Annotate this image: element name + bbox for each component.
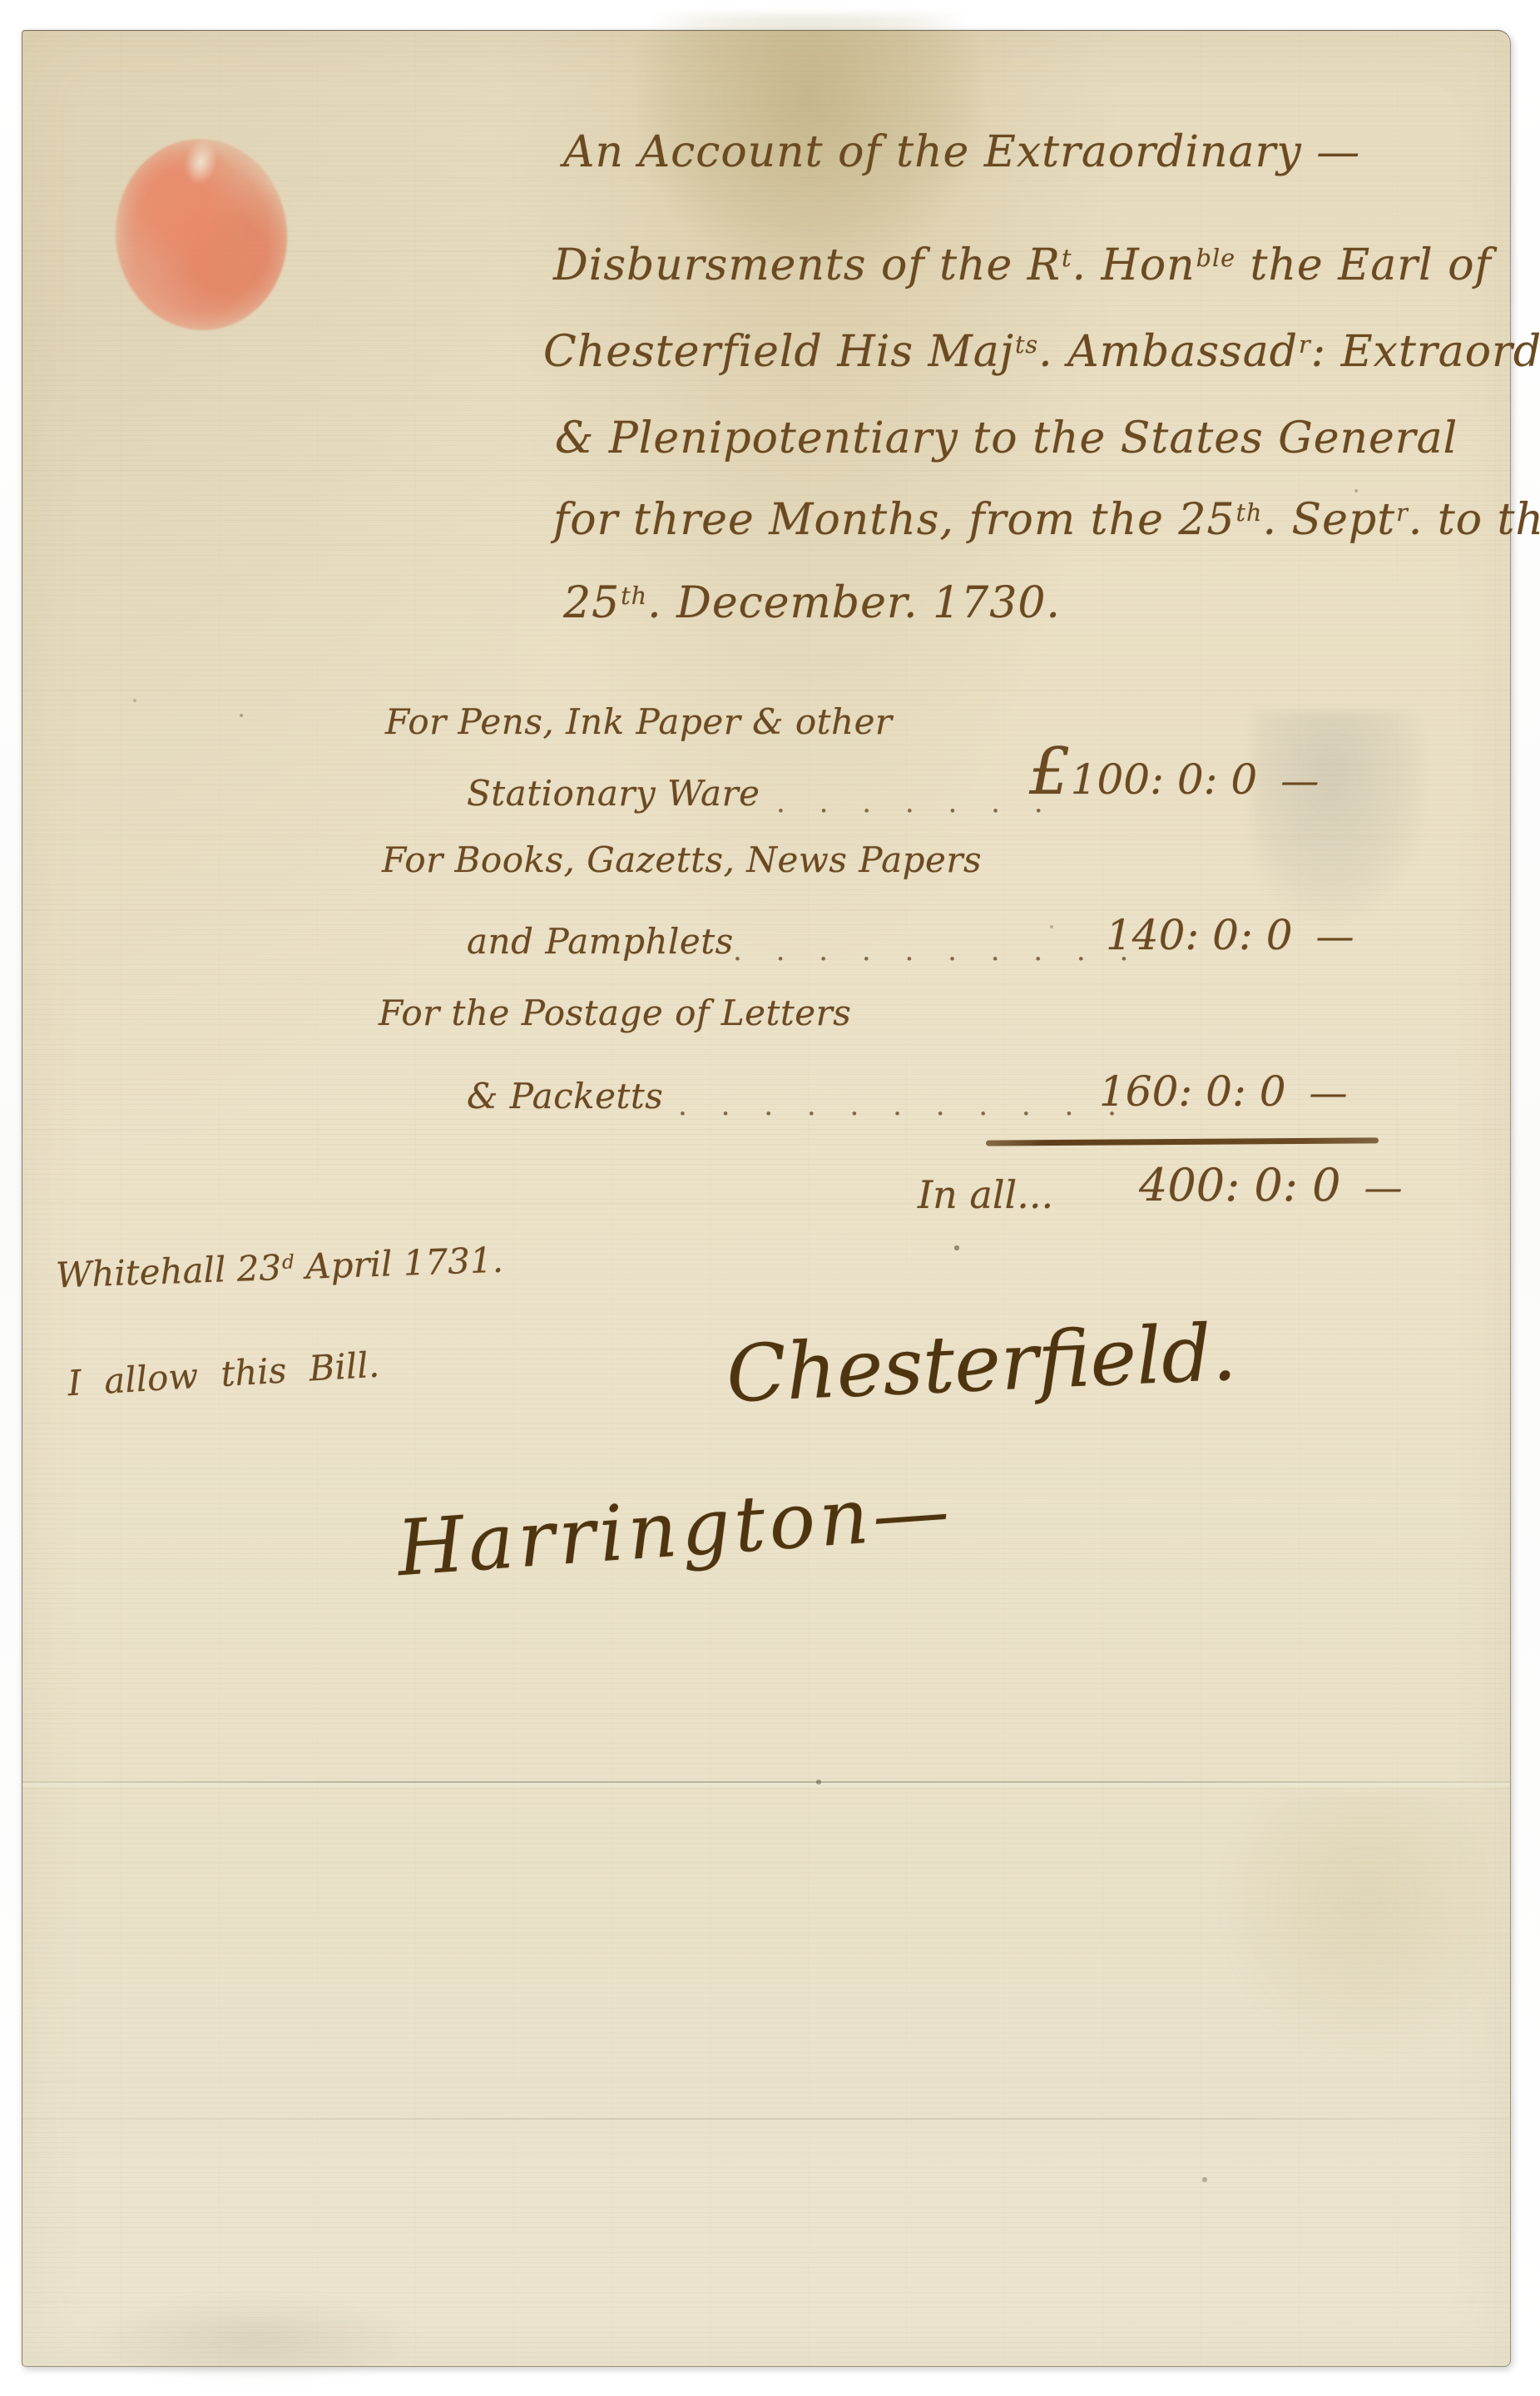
superscript-text: th [1236, 498, 1263, 527]
superscript-text: r [1299, 330, 1311, 359]
heading-line-2: Disbursments of the Rt. Honble the Earl … [553, 240, 1492, 290]
amount-dash: — [1316, 913, 1354, 958]
signature-harrington-name: Harrington [394, 1472, 875, 1594]
foxing-stain [1221, 1795, 1487, 2061]
amount-value: 400: 0: 0 [1139, 1159, 1341, 1211]
text-segment: . Sept [1262, 495, 1395, 545]
text-segment: Whitehall 23 [55, 1247, 282, 1295]
manuscript-page: An Account of the Extraordinary — Disbur… [22, 30, 1511, 2367]
superscript-text: th [621, 582, 647, 610]
expense-item-3-line-1: For the Postage of Letters [379, 993, 851, 1033]
text-segment: . December. 1730. [647, 578, 1061, 628]
amount-value: 160: 0: 0 [1099, 1067, 1286, 1116]
amount-dash: — [1364, 1165, 1403, 1210]
expense-item-1-line-2: Stationary Ware [467, 773, 760, 814]
amount-value: 140: 0: 0 [1106, 911, 1293, 959]
superscript-text: d [282, 1252, 295, 1275]
dotted-leader-1: . . . . . . . [776, 786, 1056, 819]
expense-item-3-amount: 160: 0: 0— [1099, 1067, 1348, 1116]
pound-sign: £ [1029, 735, 1071, 809]
text-segment: for three Months, from the 25 [553, 495, 1235, 545]
approval-line: I allow this Bill. [67, 1344, 381, 1404]
superscript-text: ts [1015, 330, 1038, 359]
heading-line-1: An Account of the Extraordinary — [563, 127, 1360, 177]
total-amount: 400: 0: 0— [1139, 1159, 1403, 1211]
text-segment: Chesterfield His Maj [543, 327, 1014, 377]
text-segment: & Plenipotentiary to the States General [555, 413, 1458, 463]
expense-item-3-line-2: & Packetts [467, 1076, 663, 1116]
signature-flourish-dash: — [869, 1466, 956, 1561]
signature-harrington: Harrington— [394, 1466, 956, 1593]
place-date-line: Whitehall 23d April 1731. [55, 1240, 503, 1296]
superscript-text: r [1396, 498, 1409, 527]
fold-crease [22, 1781, 1510, 1783]
heading-line-3: Chesterfield His Majts. Ambassadr: Extra… [543, 327, 1540, 377]
dotted-leader-3: . . . . . . . . . . . [678, 1089, 1129, 1122]
signature-chesterfield: Chesterfield. [725, 1308, 1238, 1421]
ink-specks [22, 31, 24, 32]
heading-line-5: for three Months, from the 25th. Septr. … [553, 495, 1540, 545]
text-segment: : Extraord [1311, 327, 1540, 377]
text-segment: . Hon [1072, 240, 1195, 290]
heading-line-4: & Plenipotentiary to the States General [555, 413, 1458, 463]
text-segment: . Ambassad [1038, 327, 1298, 377]
expense-item-2-line-2: and Pamphlets [467, 921, 734, 962]
expense-item-1-line-1: For Pens, Ink Paper & other [385, 701, 893, 742]
text-segment: April 1731. [294, 1240, 504, 1288]
amount-dash: — [1280, 758, 1319, 803]
heading-line-6: 25th. December. 1730. [563, 578, 1061, 628]
total-sum-rule [986, 1137, 1379, 1146]
text-segment: . to the [1409, 495, 1540, 545]
superscript-text: ble [1196, 244, 1235, 272]
dotted-leader-2: . . . . . . . . . . [733, 934, 1141, 968]
fold-crease-faint [22, 2118, 1510, 2120]
amount-dash: — [1310, 1070, 1348, 1115]
total-label: In all... [918, 1172, 1053, 1217]
text-segment: Disbursments of the R [553, 240, 1061, 290]
expense-item-2-line-1: For Books, Gazetts, News Papers [382, 839, 982, 880]
text-segment: the Earl of [1235, 240, 1492, 290]
red-chalk-seal-stamp [107, 131, 295, 337]
expense-item-1-amount: £100: 0: 0— [1029, 735, 1319, 809]
text-segment: An Account of the Extraordinary — [563, 127, 1360, 177]
superscript-text: t [1062, 244, 1072, 272]
expense-item-2-amount: 140: 0: 0— [1106, 911, 1354, 959]
text-segment: 25 [563, 578, 620, 628]
amount-value: 100: 0: 0 [1071, 755, 1258, 804]
